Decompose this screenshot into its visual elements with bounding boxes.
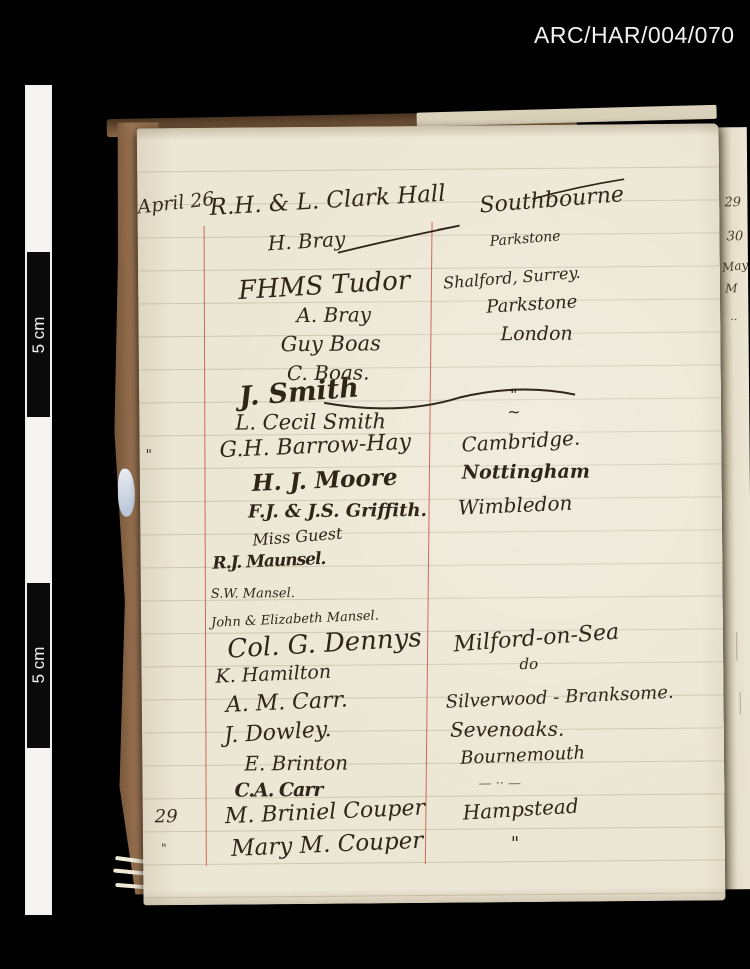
photo-canvas: ARC/HAR/004/070 5 cm 5 cm 29 30 May M ·· xyxy=(0,0,750,969)
entry-place: London xyxy=(500,325,572,346)
entry-name: C.A. Carr xyxy=(234,781,322,802)
entry-date: 29 xyxy=(155,808,178,827)
facing-text: 30 xyxy=(727,229,744,244)
entry-place: " xyxy=(511,835,519,854)
entry-place: " ~ xyxy=(507,387,521,421)
entry-place: Wimbledon xyxy=(458,493,573,519)
entry-place: — ·· — xyxy=(478,777,521,791)
entry-name: A. M. Carr. xyxy=(225,689,348,717)
entry-name: E. Brinton xyxy=(244,753,348,775)
facing-text: 29 xyxy=(724,195,741,210)
entry-name: F.J. & J.S. Griffith. xyxy=(248,502,427,522)
entry-name: H. J. Moore xyxy=(251,466,398,496)
entry-name: A. Bray xyxy=(296,304,371,326)
entry-date: " xyxy=(161,842,167,855)
facing-stroke xyxy=(736,632,737,660)
facing-text: M xyxy=(725,281,737,295)
entry-place: Sevenoaks. xyxy=(450,719,564,741)
entry-name: Guy Boas xyxy=(281,332,381,355)
visitor-book-photo: 29 30 May M ·· April 26 R.H. & L. Clark … xyxy=(0,0,750,969)
pen-flourish xyxy=(137,123,726,907)
entry-name: L. Cecil Smith xyxy=(235,410,386,433)
entry-name: S.W. Mansel. xyxy=(211,587,295,601)
entry-place: Nottingham xyxy=(462,463,590,484)
entry-date: " xyxy=(146,448,153,463)
facing-text: ·· xyxy=(730,313,737,326)
register-page: April 26 R.H. & L. Clark Hall Southbourn… xyxy=(137,123,726,905)
entry-name: H. Bray xyxy=(267,229,346,255)
facing-stroke xyxy=(740,692,741,714)
entry-place: do xyxy=(519,657,538,673)
facing-text: May xyxy=(721,258,749,275)
